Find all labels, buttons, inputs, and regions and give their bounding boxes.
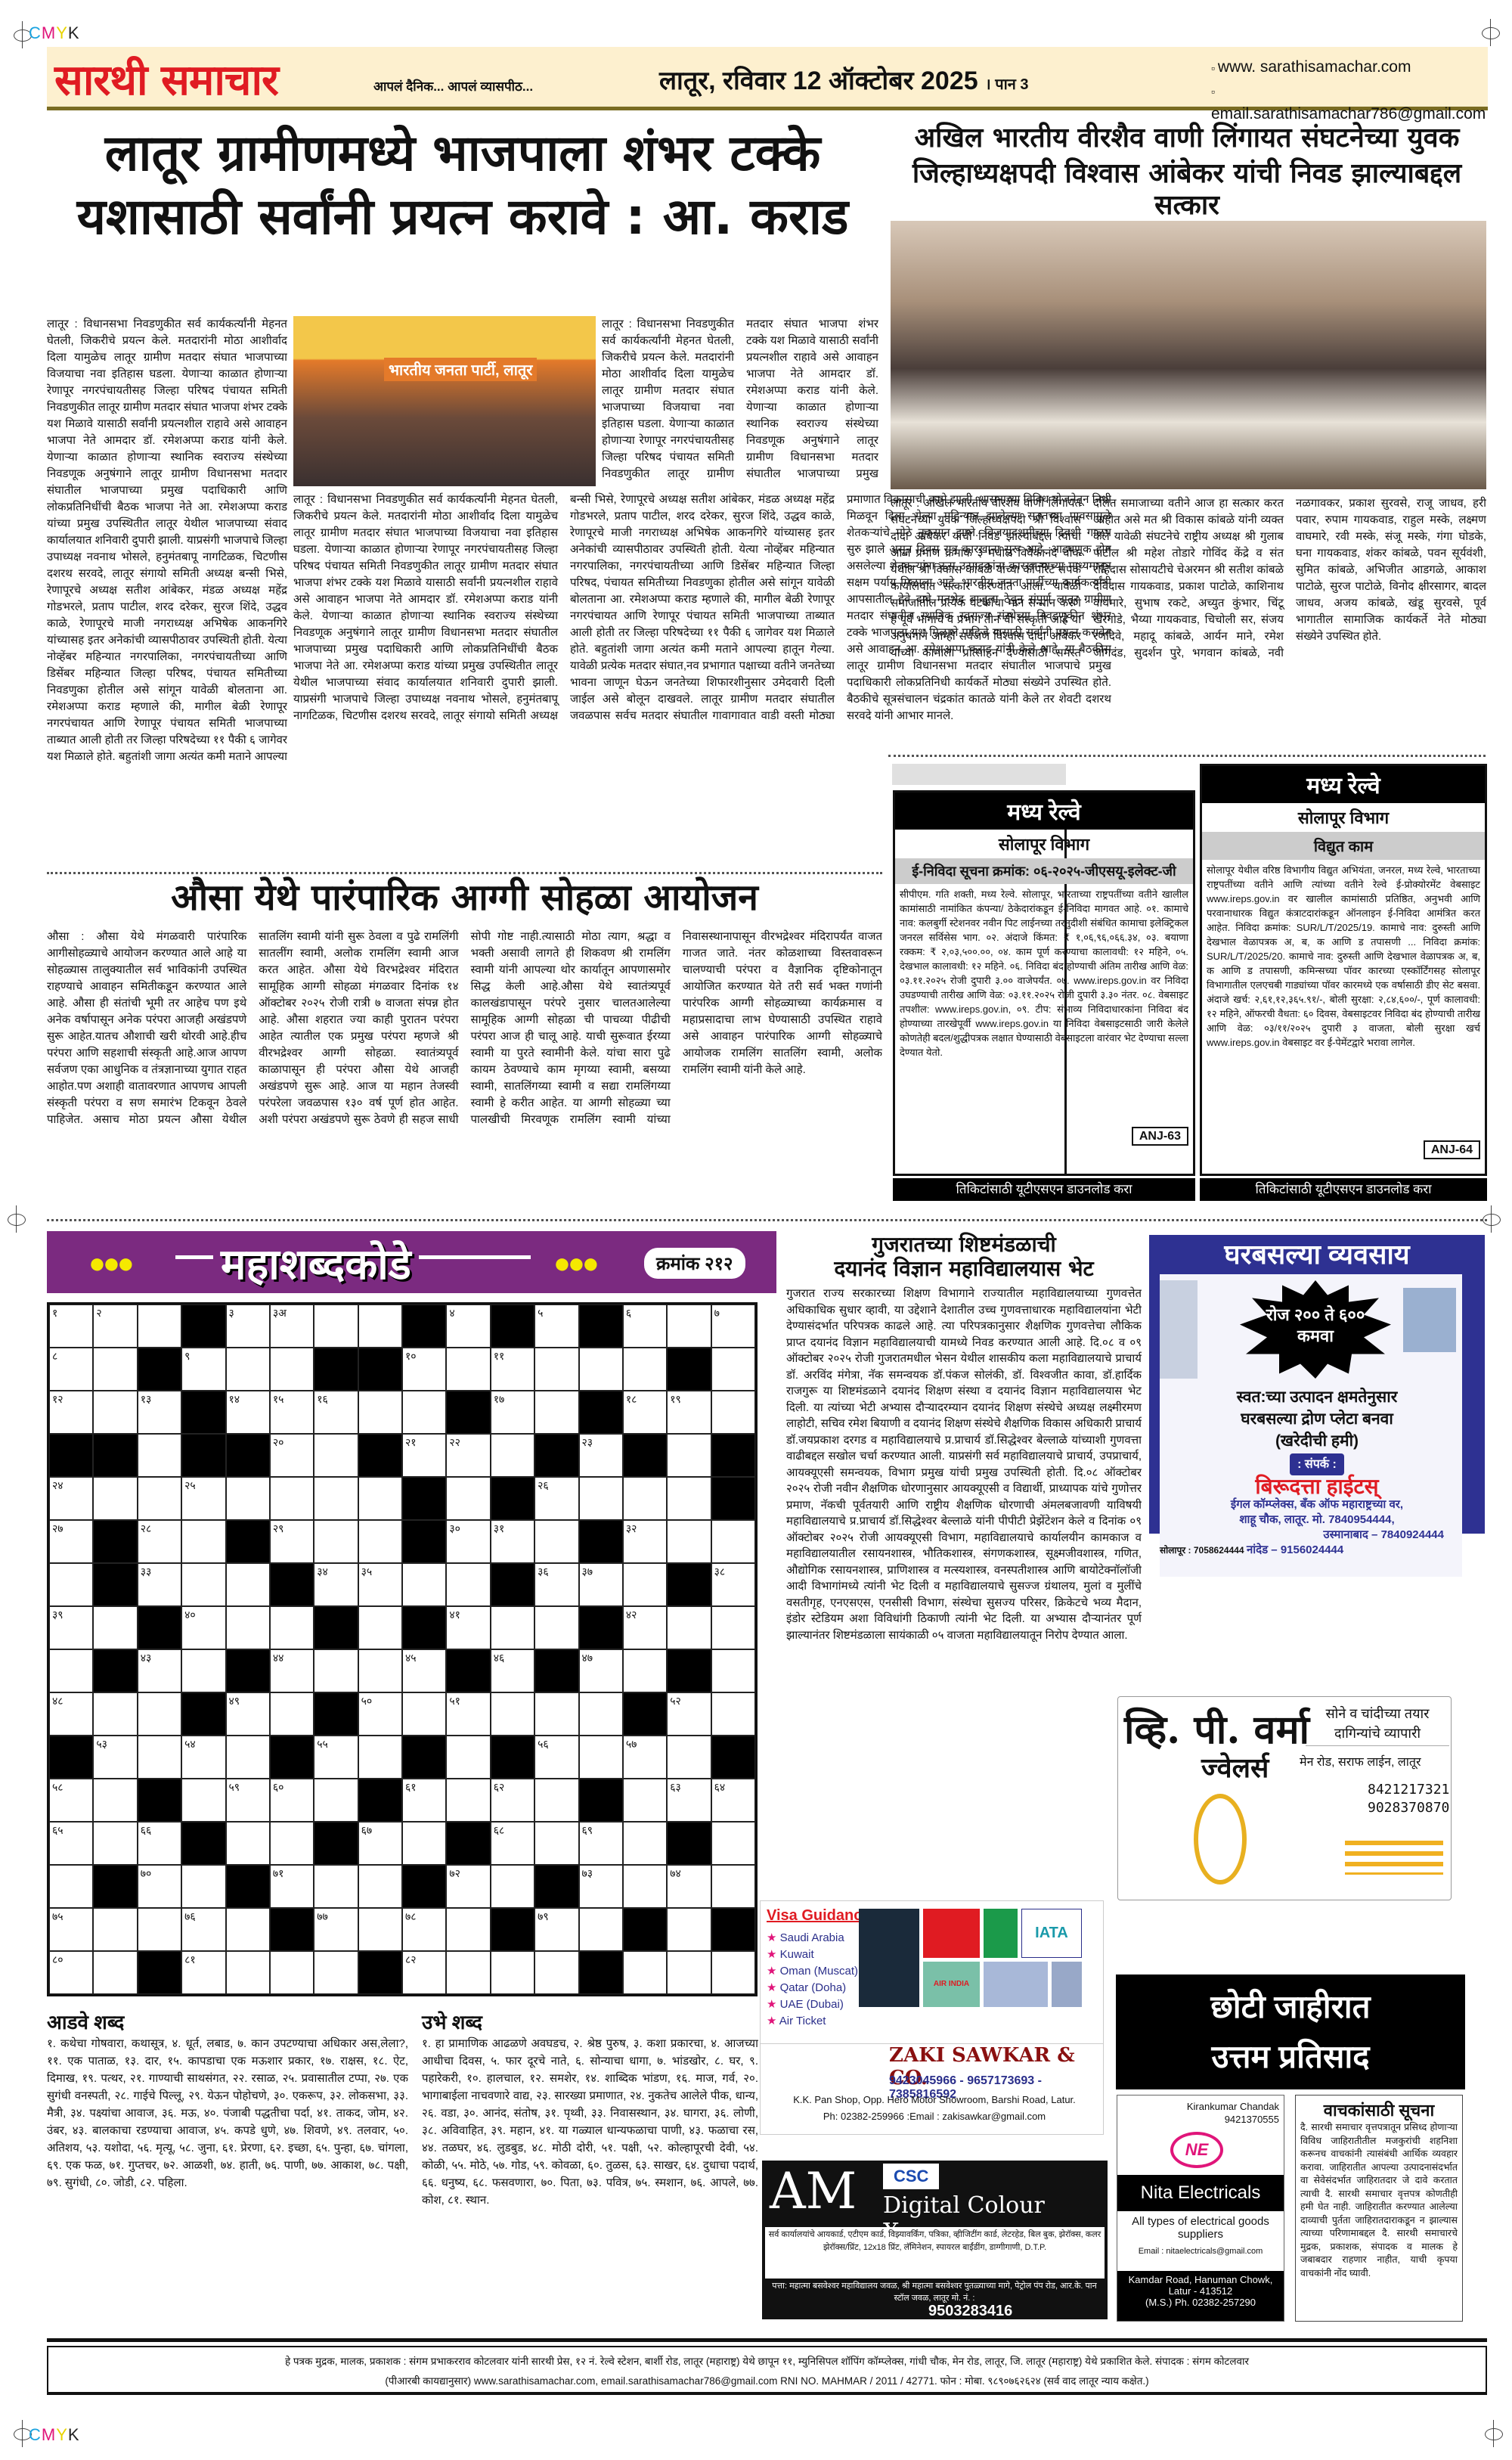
crossword-cell[interactable]: २३ [579,1434,623,1477]
crossword-cell[interactable] [579,1692,623,1736]
crossword-cell[interactable] [138,1692,181,1736]
email-link[interactable]: email.sarathisamachar786@gmail.com [1211,82,1486,123]
crossword-cell[interactable] [181,1779,225,1822]
crossword-cell[interactable] [181,1563,225,1606]
crossword-cell[interactable]: ५४ [181,1736,225,1779]
clue-number: ३० [449,1522,460,1536]
reader-notice-body: दै. सारथी समाचार वृत्तपत्रातून प्रसिध्द … [1300,2121,1458,2310]
bangle-image [1194,1794,1247,1885]
star-icon: ★ [767,1948,776,1961]
crossword-cell[interactable] [623,1865,667,1908]
crossword-cell[interactable]: ७८ [402,1908,446,1951]
crossword-cell[interactable] [358,1304,402,1348]
crossword-cell[interactable] [358,1736,402,1779]
crossword-cell[interactable] [270,1477,314,1520]
crossword-cell[interactable]: ९ [181,1348,225,1391]
crossword-cell[interactable]: ६३ [667,1779,711,1822]
crossword-cell[interactable] [446,1908,490,1951]
crossword-cell[interactable] [358,1865,402,1908]
crossword-cell[interactable]: ७२ [446,1865,490,1908]
contact-lines: www. sarathisamachar.com email.sarathisa… [1211,56,1488,126]
crossword-cell[interactable]: २१ [402,1434,446,1477]
crossword-cell[interactable]: ३ [226,1304,270,1348]
crossword-cell[interactable]: ३० [446,1520,490,1563]
ghar-osmanabad-phone: उस्मानाबाद – 7840924444 [1160,1528,1474,1543]
crossword-cell[interactable]: २० [270,1434,314,1477]
crossword-cell[interactable] [314,1304,358,1348]
crossword-cell[interactable]: ५९ [226,1779,270,1822]
footer-rule [47,2338,1487,2342]
crossword-cell[interactable]: ६८ [491,1822,534,1865]
crossword-cell[interactable]: ३अ [270,1304,314,1348]
crossword-cell[interactable] [534,1348,578,1391]
clue-number: ५२ [670,1694,681,1708]
crossword-cell[interactable]: ३८ [711,1563,755,1606]
crossword-cell[interactable] [534,1779,578,1822]
crossword-block [491,1477,534,1520]
crossword-block [314,1348,358,1391]
crossword-cell[interactable]: ७६ [181,1908,225,1951]
crossword-cell[interactable] [402,1563,446,1606]
passport-image [859,1909,919,2007]
clue-number: ४२ [626,1608,637,1622]
crossword-cell[interactable] [270,1348,314,1391]
crossword-cell[interactable]: ३१ [491,1520,534,1563]
crossword-cell[interactable] [93,1692,137,1736]
crossword-cell[interactable]: ४२ [623,1606,667,1649]
crossword-cell[interactable]: ४८ [49,1692,93,1736]
crossword-cell[interactable]: ३७ [579,1563,623,1606]
crossword-cell[interactable] [711,1865,755,1908]
crossword-block [270,1736,314,1779]
crossword-cell[interactable] [402,1391,446,1434]
across-title: आडवे शब्द [47,2008,408,2035]
crossword-cell[interactable] [226,1563,270,1606]
veershaiva-story: अखिल भारतीय वीरशैव वाणी लिंगायत संघटनेच्… [885,123,1489,221]
across-clues: आडवे शब्द १. कथेचा गोषवारा, कथासूत्र, ४.… [47,2008,408,2326]
crossword-cell[interactable] [711,1391,755,1434]
crossword-cell[interactable]: ६५ [49,1822,93,1865]
clue-number: ४६ [494,1651,505,1665]
crossword-cell[interactable]: ६७ [358,1822,402,1865]
clue-number: २७ [52,1522,64,1536]
crossword-cell[interactable]: १० [402,1348,446,1391]
registration-mark-icon [1478,1205,1505,1233]
clue-number: ३१ [494,1522,505,1536]
crossword-cell[interactable] [623,1779,667,1822]
crossword-cell[interactable] [270,1692,314,1736]
crossword-cell[interactable] [270,1951,314,1994]
crossword-cell[interactable] [314,1434,358,1477]
crossword-block [623,1692,667,1736]
crossword-cell[interactable] [579,1348,623,1391]
crossword-cell[interactable] [667,1736,711,1779]
crossword-cell[interactable] [667,1908,711,1951]
crossword-cell[interactable]: ११ [491,1348,534,1391]
crossword-cell[interactable] [138,1477,181,1520]
crossword-cell[interactable]: २४ [49,1477,93,1520]
crossword-cell[interactable] [93,1822,137,1865]
crossword-cell[interactable] [579,1477,623,1520]
crossword-cell[interactable] [49,1649,93,1692]
rail-ad-division: सोलापूर विभाग [895,830,1193,858]
visa-country: ★ Kuwait [767,1947,858,1963]
crossword-cell[interactable] [270,1606,314,1649]
crossword-cell[interactable] [446,1779,490,1822]
crossword-cell[interactable] [446,1951,490,1994]
crossword-cell[interactable]: १ [49,1304,93,1348]
rail-ad-code: ANJ-64 [1424,1140,1480,1159]
crossword-cell[interactable] [711,1692,755,1736]
crossword-cell[interactable]: ५ [534,1304,578,1348]
nita-logo-icon: NE [1170,2132,1223,2168]
crossword-block [358,1779,402,1822]
crossword-cell[interactable]: ६९ [579,1822,623,1865]
crossword-cell[interactable]: ४४ [270,1649,314,1692]
crossword-cell[interactable]: ६२ [491,1779,534,1822]
clue-number: २९ [273,1522,284,1536]
crossword-cell[interactable] [93,1908,137,1951]
crossword-cell[interactable] [314,1477,358,1520]
nita-email[interactable]: Email : nitaelectricals@gmail.com [1120,2247,1281,2256]
crossword-block [402,1606,446,1649]
crossword-cell[interactable] [314,1649,358,1692]
crossword-cell[interactable] [49,1563,93,1606]
crossword-cell[interactable] [579,1908,623,1951]
crossword-block [579,1391,623,1434]
website-link[interactable]: www. sarathisamachar.com [1211,58,1411,76]
crossword-block [270,1908,314,1951]
crossword-cell[interactable] [226,1736,270,1779]
clue-number: १७ [494,1392,505,1407]
crossword-cell[interactable] [138,1736,181,1779]
clue-number: १३ [141,1392,152,1407]
air-india-ticket-image: AIR INDIA [923,1962,980,2007]
jeweller-address: मेन रोड, सराफ लाईन, लातूर [1300,1753,1421,1770]
crossword-cell[interactable] [138,1434,181,1477]
pan-card-image [984,1962,1048,2007]
jeweller-phone1: 8421217321 [1368,1782,1449,1798]
crossword-cell[interactable] [491,1434,534,1477]
crossword-cell[interactable] [314,1779,358,1822]
crossword-cell[interactable] [181,1649,225,1692]
crossword-cell[interactable]: ४९ [226,1692,270,1736]
clue-number: १० [405,1349,417,1363]
crossword-cell[interactable] [93,1951,137,1994]
registration-mark-icon [3,1205,30,1233]
crossword-cell[interactable]: २९ [270,1520,314,1563]
clue-number: ६२ [494,1780,505,1795]
crossword-cell[interactable]: २५ [181,1477,225,1520]
lead-headline-line1: लातूर ग्रामीणमध्ये भाजपाला शंभर टक्के [47,125,878,182]
clue-number: ३ [229,1306,234,1320]
crossword-cell[interactable] [534,1822,578,1865]
crossword-cell[interactable]: ५६ [534,1736,578,1779]
clue-number: १ [52,1306,57,1320]
crossword-cell[interactable]: १५ [270,1391,314,1434]
crossword-block [402,1304,446,1348]
crossword-cell[interactable] [49,1865,93,1908]
crossword-cell[interactable] [226,1822,270,1865]
crossword-cell[interactable]: ६६ [138,1822,181,1865]
crossword-cell[interactable]: ४७ [579,1649,623,1692]
small-ad-line2: उत्तम प्रतिसाद [1116,2032,1465,2082]
small-ad-banner: छोटी जाहीरात उत्तम प्रतिसाद [1116,1975,1465,2089]
clue-number: ७० [141,1866,152,1881]
crossword-block [402,1477,446,1520]
crossword-cell[interactable] [667,1520,711,1563]
crossword-cell[interactable]: ५२ [667,1692,711,1736]
crossword-cell[interactable] [623,1348,667,1391]
down-clues: उभे शब्द १. हा प्रामाणिक आढळणे अवघडच, २.… [422,2008,758,2326]
crossword-cell[interactable]: ४ [446,1304,490,1348]
crossword-cell[interactable] [491,1692,534,1736]
crossword-cell[interactable] [579,1736,623,1779]
iata-logo: IATA [1021,1909,1082,1958]
crossword-cell[interactable]: १६ [314,1391,358,1434]
crossword-cell[interactable]: १७ [491,1391,534,1434]
reader-notice: वाचकांसाठी सूचना दै. सारथी समाचार वृत्तप… [1295,2095,1463,2322]
crossword-cell[interactable] [93,1779,137,1822]
crossword-cell[interactable]: ६० [270,1779,314,1822]
rail-ad-body: सोलापूर येथील वरिष्ठ विभागीय विद्युत अभि… [1202,860,1485,1143]
crossword-cell[interactable] [491,1951,534,1994]
crossword-block [226,1649,270,1692]
nita-contact-phone: 9421370555 [1187,2113,1279,2126]
crossword-block [711,1434,755,1477]
star-icon: ★ [767,1965,776,1978]
crossword-cell[interactable]: ७० [138,1865,181,1908]
crossword-cell[interactable] [226,1348,270,1391]
veershaiva-headline-line1: अखिल भारतीय वीरशैव वाणी लिंगायत संघटनेच्… [885,123,1489,154]
crossword-cell[interactable] [358,1649,402,1692]
crossword-cell[interactable] [314,1865,358,1908]
crossword-cell[interactable] [270,1822,314,1865]
crossword-cell[interactable] [667,1951,711,1994]
crossword-cell[interactable] [93,1391,137,1434]
crossword-cell[interactable]: ४६ [491,1649,534,1692]
crossword-block [579,1779,623,1822]
page-number: । पान 3 [985,76,1028,93]
crossword-cell[interactable]: ५० [358,1692,402,1736]
crossword-cell[interactable]: ५७ [623,1736,667,1779]
crossword-cell[interactable]: ७३ [579,1865,623,1908]
jeweller-line2: दागिन्यांचे व्यापारी [1306,1724,1449,1746]
crossword-cell[interactable] [711,1951,755,1994]
crossword-cell[interactable] [226,1606,270,1649]
crossword-cell[interactable] [93,1477,137,1520]
clue-number: ७८ [405,1909,417,1924]
crossword-cell[interactable] [314,1520,358,1563]
clue-number: ५५ [317,1737,328,1751]
visa-ad: Visa Guidance ★ Saudi Arabia★ Kuwait★ Om… [760,1900,1104,2044]
crossword-cell[interactable] [93,1348,137,1391]
crossword-cell[interactable]: ६४ [711,1779,755,1822]
crossword-cell[interactable]: १३ [138,1391,181,1434]
clue-number: १२ [52,1392,64,1407]
crossword-cell[interactable]: ५५ [314,1736,358,1779]
crossword-cell[interactable] [491,1606,534,1649]
crossword-grid[interactable]: १२३३अ४५६७८९१०१११२१३१४१५१६१७१८१९२०२१२२२३२… [47,1302,758,1996]
ghar-address2: शाहू चौक, लातूर. मो. 7840954444, [1160,1512,1474,1528]
crossword-cell[interactable]: २७ [49,1520,93,1563]
crossword-cell[interactable]: ७७ [314,1908,358,1951]
crossword-cell[interactable] [534,1951,578,1994]
crossword-cell[interactable]: ८ [49,1348,93,1391]
visa-title: Visa Guidance [767,1907,870,1925]
dateline: लातूर, रविवार 12 ऑक्टोबर 2025 । पान 3 [659,62,1029,97]
crossword-cell[interactable] [181,1520,225,1563]
crossword-block [579,1304,623,1348]
clue-number: १४ [229,1392,240,1407]
masthead: सारथी समाचार आपलं दैनिक... आपलं व्यासपीठ… [47,47,1488,110]
clue-number: ७१ [273,1866,284,1881]
crossword-cell[interactable] [358,1606,402,1649]
crossword-cell[interactable]: ८० [49,1951,93,1994]
crossword-block [667,1348,711,1391]
dots-icon: ●●● [553,1248,596,1280]
business-name: बिरूदत्ता हाईटस् [1160,1475,1474,1497]
crossword-cell[interactable] [446,1348,490,1391]
rail-ad-subheader: विद्युत काम [1202,832,1485,860]
crossword-block [358,1951,402,1994]
crossword-cell[interactable]: ७१ [270,1865,314,1908]
crossword-block [138,1951,181,1994]
lead-story: लातूर ग्रामीणमध्ये भाजपाला शंभर टक्के यश… [47,125,878,246]
crossword-cell[interactable]: १८ [623,1391,667,1434]
crossword-cell[interactable] [711,1520,755,1563]
crossword-cell[interactable]: ३२ [623,1520,667,1563]
crossword-cell[interactable]: २२ [446,1434,490,1477]
gujarat-body: गुजरात राज्य सरकारच्या शिक्षण विभागाने र… [786,1286,1142,1883]
crossword-cell[interactable] [534,1520,578,1563]
crossword-cell[interactable] [491,1865,534,1908]
crossword-cell[interactable] [667,1434,711,1477]
crossword-cell[interactable] [623,1563,667,1606]
clue-number: ५३ [96,1737,107,1751]
earnings-burst-text: रोज २०० ते ६०० कमवा [1263,1304,1368,1347]
crossword-cell[interactable]: ३६ [534,1563,578,1606]
crossword-block [491,1736,534,1779]
crossword-cell[interactable] [711,1348,755,1391]
star-icon: ★ [767,1998,776,2011]
clue-number: ३२ [626,1522,637,1536]
crossword-block [491,1563,534,1606]
crossword-cell[interactable]: ४५ [402,1649,446,1692]
crossword-cell[interactable]: ७९ [534,1908,578,1951]
crossword-cell[interactable] [402,1822,446,1865]
crossword-cell[interactable]: ८२ [402,1951,446,1994]
crossword-cell[interactable]: २८ [138,1520,181,1563]
gujarat-story: गुजरातच्या शिष्टमंडळाची दयानंद विज्ञान म… [786,1233,1142,1883]
ad-placeholder [892,764,1066,785]
crossword-cell[interactable] [138,1908,181,1951]
clue-number: ५७ [626,1737,637,1751]
crossword-cell[interactable] [711,1822,755,1865]
crossword-block [491,1908,534,1951]
crossword-cell[interactable]: २ [93,1304,137,1348]
crossword-cell[interactable] [623,1822,667,1865]
jeweller-phone2: 9028370870 [1368,1800,1449,1816]
crossword-cell[interactable] [534,1606,578,1649]
crossword-cell[interactable] [623,1477,667,1520]
crossword-cell[interactable]: ७ [711,1304,755,1348]
crossword-cell[interactable] [138,1304,181,1348]
crossword-cell[interactable] [181,1865,225,1908]
crossword-cell[interactable]: ६ [623,1304,667,1348]
crossword-cell[interactable] [711,1649,755,1692]
crossword-cell[interactable] [358,1477,402,1520]
crossword-cell[interactable] [623,1649,667,1692]
crossword-cell[interactable]: ३३ [138,1563,181,1606]
crossword-cell[interactable] [446,1477,490,1520]
jeweller-sub: ज्वेलर्स [1201,1748,1269,1785]
crossword-cell[interactable]: ४१ [446,1606,490,1649]
crossword-block [93,1649,137,1692]
crossword-cell[interactable]: ४० [181,1606,225,1649]
crossword-cell[interactable]: ३५ [358,1563,402,1606]
crossword-cell[interactable] [358,1520,402,1563]
crossword-cell[interactable]: १४ [226,1391,270,1434]
crossword-cell[interactable] [667,1304,711,1348]
crossword-cell[interactable]: ४३ [138,1649,181,1692]
crossword-cell[interactable]: १९ [667,1391,711,1434]
imprint-line1: हे पत्रक मुद्रक, मालक, प्रकाशक : संगम प्… [48,2352,1486,2372]
crossword-cell[interactable] [93,1606,137,1649]
crossword-cell[interactable]: ७५ [49,1908,93,1951]
crossword-cell[interactable]: ७४ [667,1865,711,1908]
clue-number: १९ [670,1392,681,1407]
crossword-cell[interactable]: १२ [49,1391,93,1434]
clue-number: ४१ [449,1608,460,1622]
crossword-cell[interactable] [446,1563,490,1606]
crossword-cell[interactable] [534,1692,578,1736]
crossword-cell[interactable] [314,1951,358,1994]
crossword-cell[interactable] [534,1391,578,1434]
crossword-cell[interactable] [667,1606,711,1649]
clue-number: ५० [361,1694,373,1708]
crossword-cell[interactable] [667,1477,711,1520]
crossword-cell[interactable] [711,1606,755,1649]
clue-number: १६ [317,1392,328,1407]
clue-number: ८२ [405,1953,417,1967]
crossword-cell[interactable] [226,1908,270,1951]
crossword-cell[interactable] [226,1951,270,1994]
crossword-cell[interactable] [402,1692,446,1736]
visa-country: ★ Oman (Muscat) [767,1963,858,1980]
clue-number: ३६ [538,1565,549,1579]
crossword-block [181,1822,225,1865]
crossword-cell[interactable] [623,1951,667,1994]
crossword-cell[interactable] [226,1477,270,1520]
crossword-cell[interactable]: ३९ [49,1606,93,1649]
crossword-cell[interactable]: ५८ [49,1779,93,1822]
contact-label: : संपर्क : [1290,1453,1344,1475]
crossword-cell[interactable]: २६ [534,1477,578,1520]
csc-logo: CSC [883,2164,939,2189]
crossword-cell[interactable] [358,1908,402,1951]
crossword-cell[interactable] [358,1391,402,1434]
crossword-cell[interactable]: ५३ [93,1736,137,1779]
crossword-cell[interactable]: ३४ [314,1563,358,1606]
crossword-block [358,1434,402,1477]
clue-number: ३९ [52,1608,64,1622]
crossword-cell[interactable]: ५१ [446,1692,490,1736]
crossword-cell[interactable] [446,1736,490,1779]
crossword-cell[interactable]: ६१ [402,1779,446,1822]
crossword-block [711,1736,755,1779]
crossword-cell[interactable]: ८१ [181,1951,225,1994]
